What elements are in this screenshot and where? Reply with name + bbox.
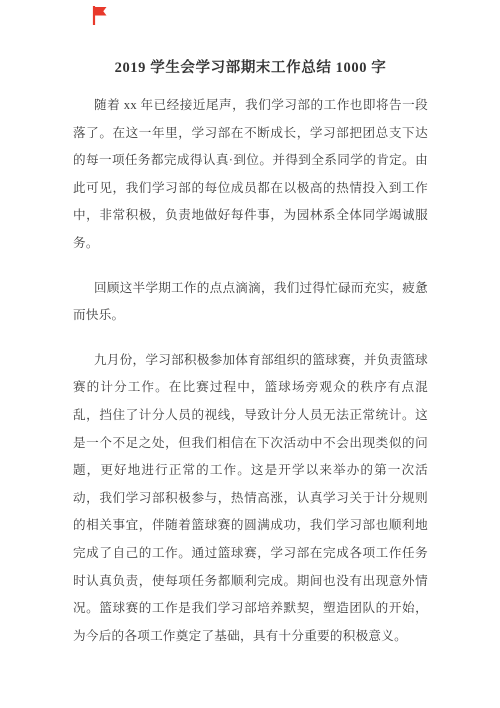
document-page: 2019 学生会学习部期末工作总结 1000 字 随着 xx 年已经接近尾声，我…	[0, 0, 500, 708]
paragraph: 回顾这半学期工作的点点滴滴，我们过得忙碌而充实，疲惫而快乐。	[73, 275, 428, 330]
paragraph: 九月份，学习部积极参加体育部组织的篮球赛，并负责篮球赛的计分工作。在比赛过程中，…	[73, 347, 428, 651]
paragraph: 随着 xx 年已经接近尾声，我们学习部的工作也即将告一段落了。在这一年里，学习部…	[73, 92, 428, 258]
document-title: 2019 学生会学习部期末工作总结 1000 字	[73, 57, 428, 79]
red-flag-icon	[92, 6, 107, 25]
